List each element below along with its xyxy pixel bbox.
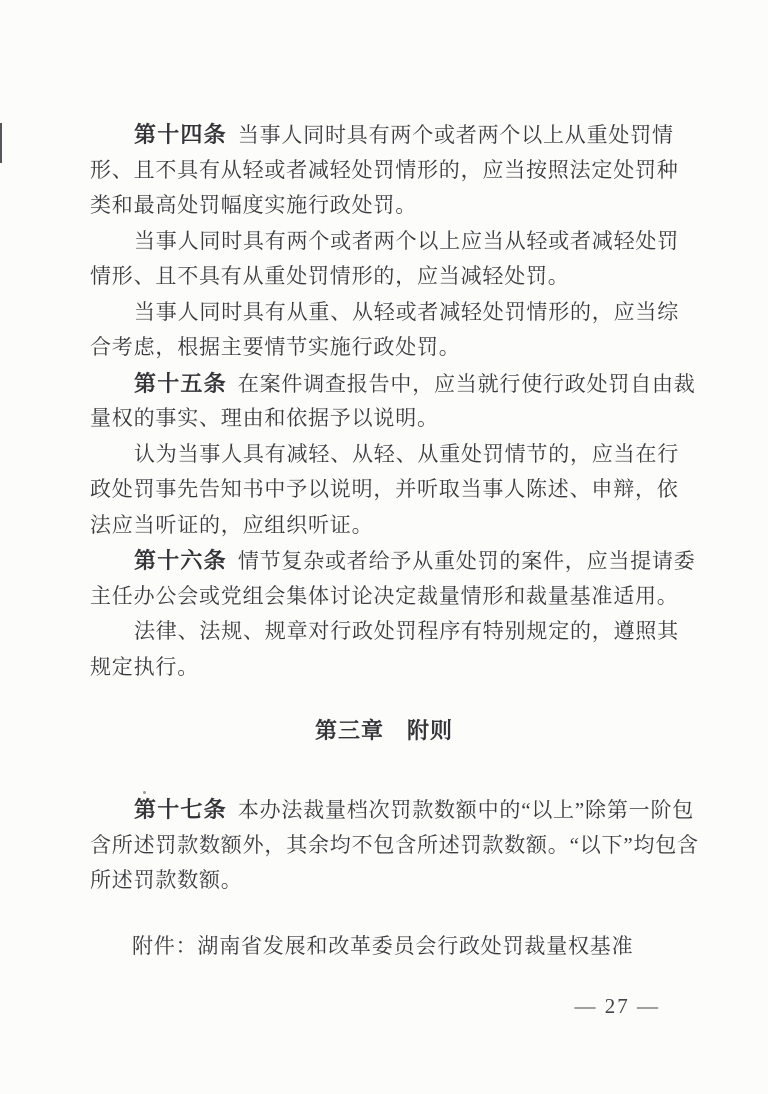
text-line: 含所述罚款数额外，其余均不包含所述罚款数额。“以下”均包含	[90, 828, 696, 864]
page-number: — 27 —	[575, 994, 661, 1019]
article-number: 第十四条	[134, 122, 227, 147]
article-number: 第十七条	[134, 797, 227, 822]
attachment-line: 附件：湖南省发展和改革委员会行政处罚裁量权基准	[90, 930, 633, 960]
text-line: 第十六条情节复杂或者给予从重处罚的案件，应当提请委	[90, 543, 696, 579]
text-line: 类和最高处罚幅度实施行政处罚。	[90, 188, 696, 224]
article-17-text-block: 第十七条本办法裁量档次罚款数额中的“以上”除第一阶包含所述罚款数额外，其余均不包…	[90, 792, 696, 899]
text-line: 法律、法规、规章对行政处罚程序有特别规定的，遵照其	[90, 614, 696, 650]
text-line: 第十四条当事人同时具有两个或者两个以上从重处罚情	[90, 117, 696, 153]
text-line: 认为当事人具有减轻、从轻、从重处罚情节的，应当在行	[90, 437, 696, 473]
text-line: 合考虑，根据主要情节实施行政处罚。	[90, 330, 696, 366]
articles-14-to-16-text-block: 第十四条当事人同时具有两个或者两个以上从重处罚情形、且不具有从轻或者减轻处罚情形…	[90, 117, 696, 685]
chapter-heading: 第三章 附则	[0, 714, 768, 745]
article-number: 第十六条	[134, 548, 227, 573]
text-line: 当事人同时具有从重、从轻或者减轻处罚情形的，应当综	[90, 295, 696, 331]
text-line: 主任办公会或党组会集体讨论决定裁量情形和裁量基准适用。	[90, 579, 696, 615]
text-line: 形、且不具有从轻或者减轻处罚情形的，应当按照法定处罚种	[90, 153, 696, 189]
article-number: 第十五条	[134, 371, 227, 396]
document-page: 第十四条当事人同时具有两个或者两个以上从重处罚情形、且不具有从轻或者减轻处罚情形…	[0, 0, 768, 1094]
text-line: 情形、且不具有从重处罚情形的，应当减轻处罚。	[90, 259, 696, 295]
text-line: 量权的事实、理由和依据予以说明。	[90, 401, 696, 437]
text-line: 所述罚款数额。	[90, 863, 696, 899]
text-line: 法应当听证的，应组织听证。	[90, 508, 696, 544]
text-line: 第十五条在案件调查报告中，应当就行使行政处罚自由裁	[90, 366, 696, 402]
scan-edge-artifact	[0, 123, 2, 163]
text-line: 政处罚事先告知书中予以说明，并听取当事人陈述、申辩，依	[90, 472, 696, 508]
text-line: 规定执行。	[90, 650, 696, 686]
text-line: 当事人同时具有两个或者两个以上应当从轻或者减轻处罚	[90, 224, 696, 260]
text-line: 第十七条本办法裁量档次罚款数额中的“以上”除第一阶包	[90, 792, 696, 828]
